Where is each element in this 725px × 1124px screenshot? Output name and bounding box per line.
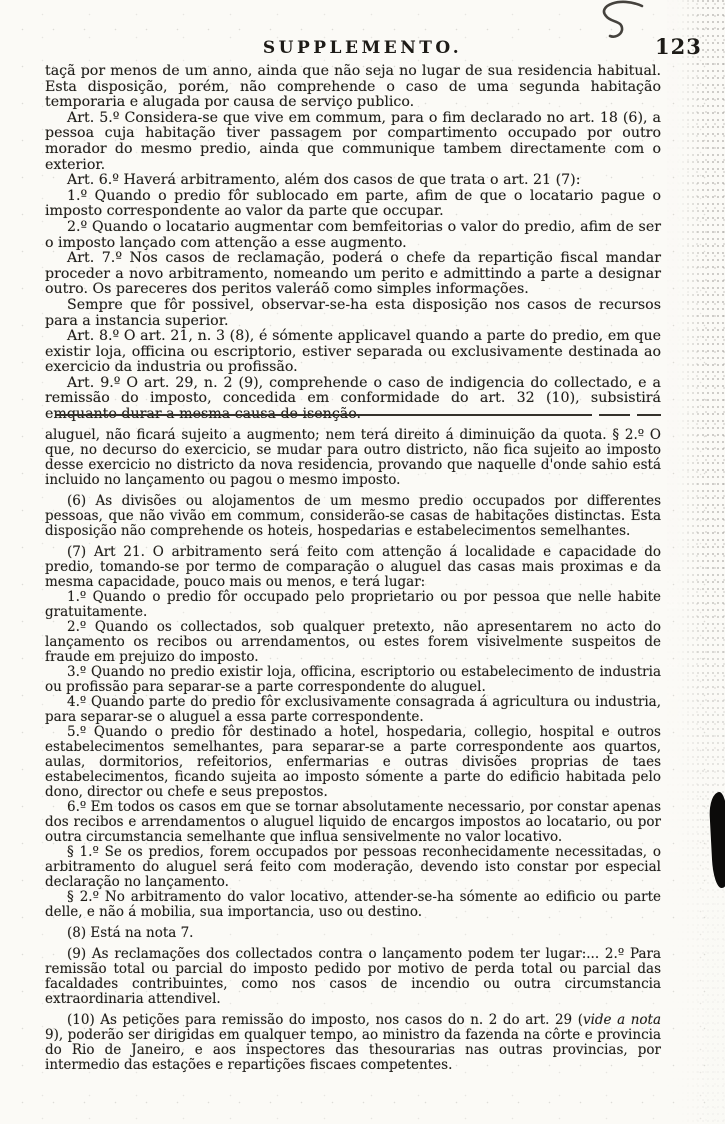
main-text-section: taçã por menos de um anno, ainda que não… [45, 64, 661, 423]
paragraph: (9) As reclamações dos collectados contr… [45, 947, 661, 1007]
paragraph: 1.º Quando o predio fôr occupado pelo pr… [45, 590, 661, 620]
paragraph: 2.º Quando os collectados, sob qualquer … [45, 620, 661, 665]
paragraph: 4.º Quando parte do predio fôr exclusiva… [45, 695, 661, 725]
paragraph: (6) As divisões ou alojamentos de um mes… [45, 494, 661, 539]
paragraph: Art. 7.º Nos casos de reclamação, poderá… [45, 251, 661, 298]
document-page: SUPPLEMENTO. 123 taçã por menos de um an… [0, 0, 725, 1124]
paragraph: 5.º Quando o predio fôr destinado a hote… [45, 725, 661, 800]
footnotes-section: aluguel, não ficará sujeito a augmento; … [45, 428, 661, 1073]
scan-edge-noise [667, 0, 725, 1124]
pen-mark [580, 0, 652, 46]
italic-text: vide a nota [583, 1012, 661, 1028]
paragraph: § 2.º No arbitramento do valor locativo,… [45, 890, 661, 920]
paragraph: taçã por menos de um anno, ainda que não… [45, 64, 661, 111]
paragraph: 6.º Em todos os casos em que se tornar a… [45, 800, 661, 845]
section-divider [55, 414, 661, 416]
paragraph: Sempre que fôr possivel, observar-se-ha … [45, 298, 661, 329]
text-run: 9), poderão ser dirigidas em qualquer te… [45, 1027, 661, 1073]
paragraph: 1.º Quando o predio fôr sublocado em par… [45, 189, 661, 220]
paragraph: aluguel, não ficará sujeito a augmento; … [45, 428, 661, 488]
paragraph: (10) As petições para remissão do impost… [45, 1013, 661, 1073]
paragraph: 2.º Quando o locatario augmentar com bem… [45, 220, 661, 251]
paragraph: § 1.º Se os predios, forem occupados por… [45, 845, 661, 890]
paragraph: 3.º Quando no predio existir loja, offic… [45, 665, 661, 695]
paragraph: Art. 6.º Haverá arbitramento, além dos c… [45, 173, 661, 189]
paragraph: Art. 8.º O art. 21, n. 3 (8), é sómente … [45, 329, 661, 376]
paragraph: Art. 5.º Considera-se que vive em commum… [45, 111, 661, 173]
page-number: 123 [655, 34, 702, 59]
paragraph: (7) Art 21. O arbitramento será feito co… [45, 545, 661, 590]
paragraph: (8) Está na nota 7. [45, 926, 661, 941]
text-run: (10) As petições para remissão do impost… [67, 1012, 583, 1028]
